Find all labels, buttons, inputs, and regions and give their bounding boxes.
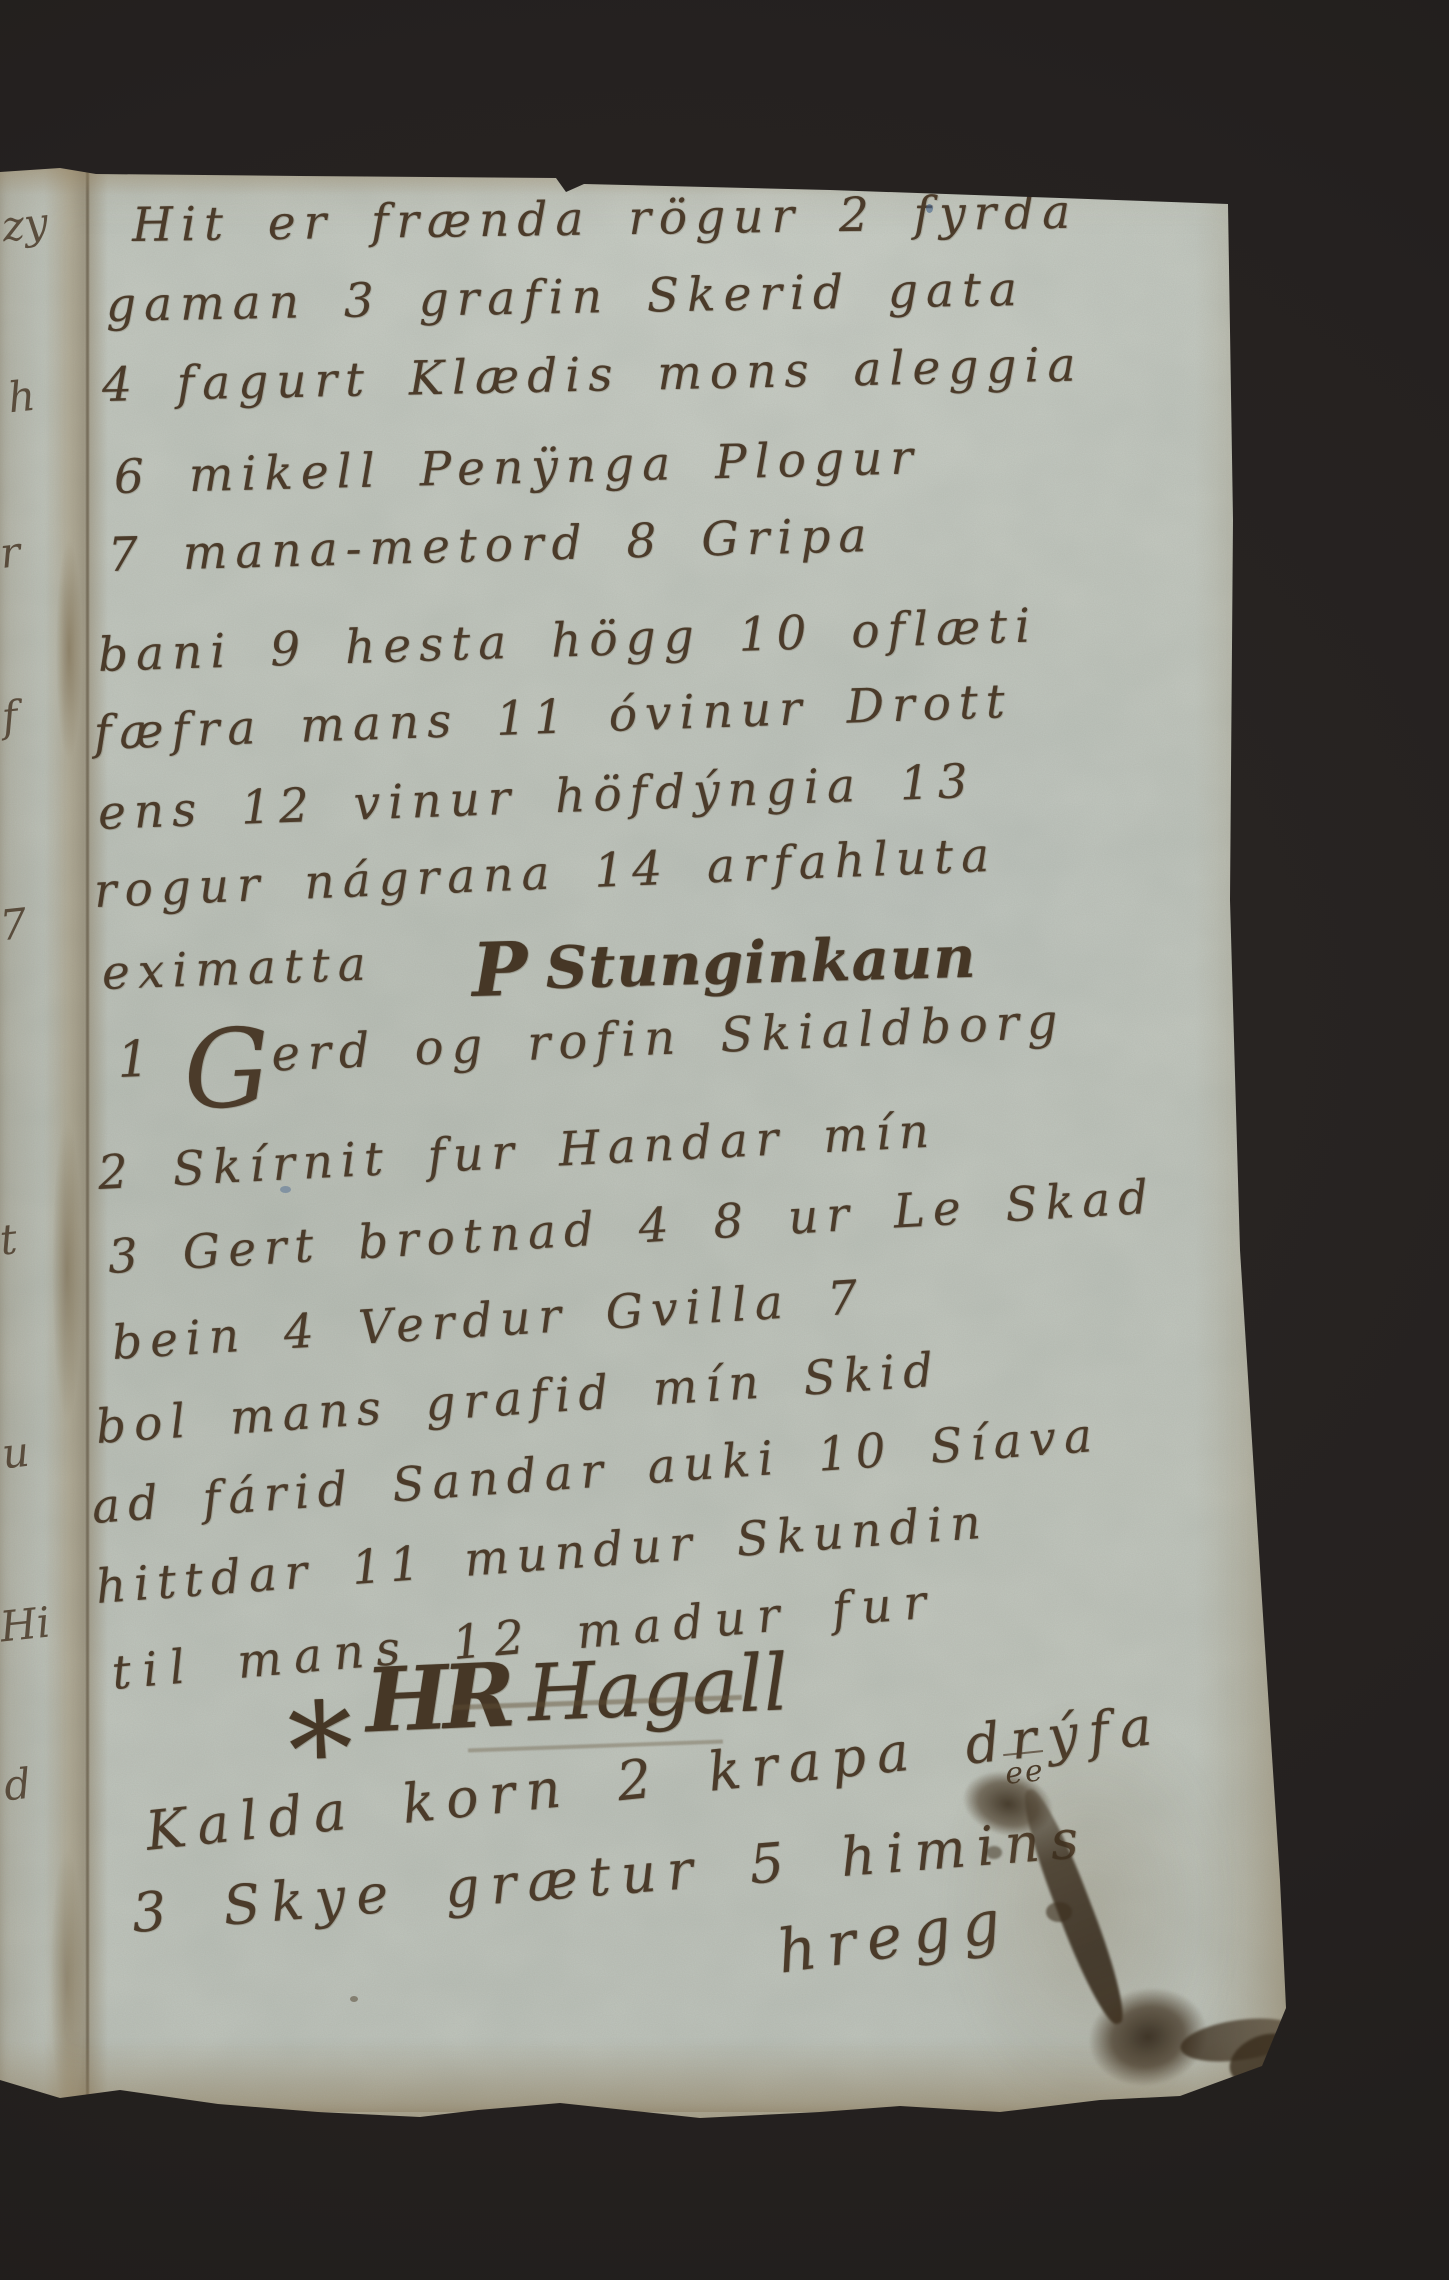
manuscript-line: bani 9 hesta högg 10 oflæti [97,598,1039,683]
margin-fragment: d [2,1759,34,1811]
flourished-initial: G [181,1006,274,1135]
margin-fragment: t [0,1214,19,1264]
manuscript-line: Hit er frænda rögur 2 fyrda [132,185,1079,253]
margin-fragment: 7 [0,899,29,951]
ink-stain-blob [1079,1977,1217,2098]
section-heading-label: Hagall [526,1638,791,1739]
manuscript-line: fæfra mans 11 óvinur Drott [93,674,1013,761]
paper-speck [350,1996,358,2002]
right-edge-discoloration [1195,170,1290,2110]
paper-speck [567,180,577,186]
manuscript-line: 4 fagurt Klædis mons aleggia [101,337,1084,413]
margin-fragment: zy [0,198,50,252]
manuscript-line: gaman 3 grafin Skerid gata [106,262,1026,333]
gutter-fold-line [86,165,89,2115]
manuscript-line: ens 12 vinur höfdýngia 13 [97,754,977,841]
margin-fragment: r [0,527,23,578]
manuscript-line-text: erd og rofin Skialdborg [270,993,1066,1082]
margin-fragment: Hi [0,1598,52,1652]
blue-ink-speck [280,1186,291,1193]
bottom-edge-discoloration [0,2040,1300,2120]
ink-stain-droplet [1046,1902,1072,1922]
item-number: 1 [116,1029,158,1089]
ink-stain-corner [1222,2024,1305,2094]
margin-fragment: f [0,691,20,741]
manuscript-line: 7 mana-metord 8 Gripa [107,508,875,583]
ink-stain-smear [1178,2012,1302,2068]
manuscript-line: eximatta [101,937,375,1001]
crease-discoloration [56,540,82,760]
margin-fragment: u [0,1427,32,1479]
margin-fragment: h [6,371,38,423]
manuscript-page: zy h r f 7 t u Hi d Hit er frænda rögur … [0,0,1300,2280]
blue-ink-speck [926,204,933,213]
scan-background: zy h r f 7 t u Hi d Hit er frænda rögur … [0,0,1449,2280]
crease-discoloration [52,1120,82,1420]
crease-discoloration [50,1850,84,2110]
manuscript-line: 6 mikell Penÿnga Plogur [113,430,921,505]
manuscript-line: rogur nágrana 14 arfahluta [93,828,998,919]
gutter-crease [44,160,108,2120]
hagall-monogram: HR [363,1642,512,1752]
manuscript-line: hregg [773,1886,1015,1988]
